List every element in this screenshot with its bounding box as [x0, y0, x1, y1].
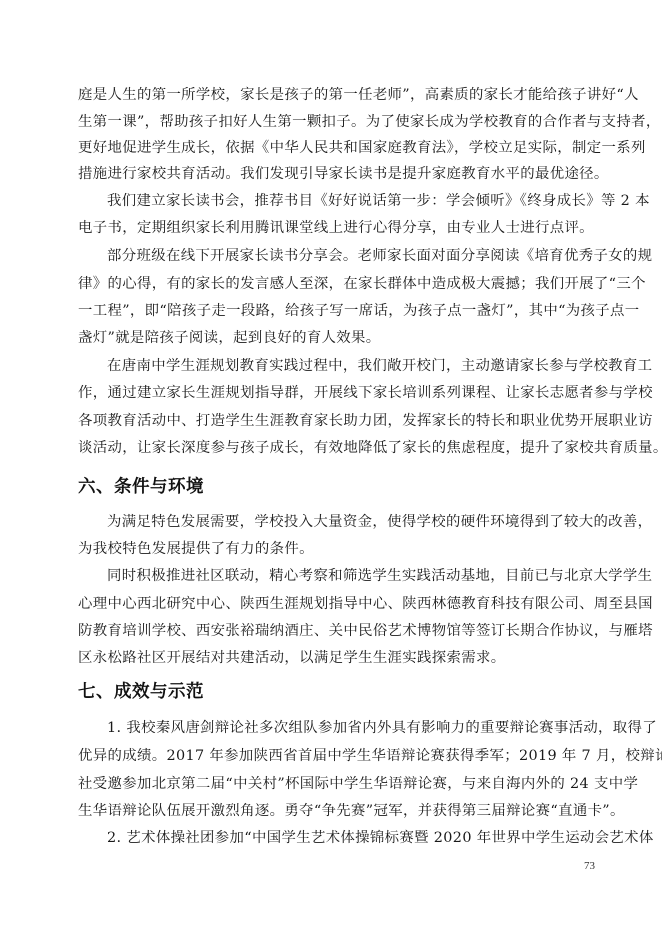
text-line: 2. 艺术体操社团参加“中国学生艺术体操锦标赛暨 2020 年世界中学生运动会艺… [107, 828, 602, 848]
text-line: 各项教育活动中、打造学生生涯教育家长助力团，发挥家长的特长和职业优势开展职业访 [78, 411, 602, 431]
text-line: 电子书，定期组织家长利用腾讯课堂线上进行心得分享，由专业人士进行点评。 [78, 218, 602, 238]
text-line: 作，通过建立家长生涯规划指导群，开展线下家长培训系列课程、让家长志愿者参与学校 [78, 383, 602, 403]
text-line: 措施进行家校共育活动。我们发现引导家长读书是提升家庭教育水平的最优途径。 [78, 164, 602, 184]
document-page: 庭是人生的第一所学校，家长是孩子的第一任老师”，高素质的家长才能给孩子讲好“人 … [0, 0, 662, 936]
page-number: 73 [584, 860, 595, 872]
text-line: 社受邀参加北京第二届“中关村”杯国际中学生华语辩论赛，与来自海内外的 24 支中… [78, 774, 602, 794]
text-line: 在唐南中学生涯规划教育实践过程中，我们敞开校门，主动邀请家长参与学校教育工 [107, 356, 602, 376]
text-line: 心理中心西北研究中心、陕西生涯规划指导中心、陕西林德教育科技有限公司、周至县国 [78, 594, 602, 614]
text-line: 生第一课”，帮助孩子扣好人生第一颗扣子。为了使家长成为学校教育的合作者与支持者， [78, 112, 602, 132]
section-heading-conditions: 六、条件与环境 [78, 475, 204, 499]
text-line: 优异的成绩。2017 年参加陕西省首届中学生华语辩论赛获得季军；2019 年 7… [78, 746, 602, 766]
text-line: 我们建立家长读书会，推荐书目《好好说话第一步：学会倾听》《终身成长》等 2 本 [107, 191, 602, 211]
text-line: 为满足特色发展需要，学校投入大量资金，使得学校的硬件环境得到了较大的改善， [107, 512, 602, 532]
text-line: 律》的心得，有的家长的发言感人至深，在家长群体中造成极大震撼；我们开展了“三个 [78, 274, 602, 294]
text-line: 防教育培训学校、西安张裕瑞纳酒庄、关中民俗艺术博物馆等签订长期合作协议，与雁塔 [78, 621, 602, 641]
text-line: 谈活动，让家长深度参与孩子成长，有效地降低了家长的焦虑程度，提升了家校共育质量。 [78, 438, 602, 458]
section-heading-results: 七、成效与示范 [78, 680, 204, 704]
text-line: 部分班级在线下开展家长读书分享会。老师家长面对面分享阅读《培育优秀子女的规 [107, 246, 602, 266]
text-line: 1. 我校秦风唐剑辩论社多次组队参加省内外具有影响力的重要辩论赛事活动，取得了 [107, 718, 602, 738]
text-line: 生华语辩论队伍展开激烈角逐。勇夺“争先赛”冠军，并获得第三届辩论赛“直通卡”。 [78, 801, 602, 821]
text-line: 庭是人生的第一所学校，家长是孩子的第一任老师”，高素质的家长才能给孩子讲好“人 [78, 85, 602, 105]
text-line: 为我校特色发展提供了有力的条件。 [78, 539, 602, 559]
text-line: 同时积极推进社区联动，精心考察和筛选学生实践活动基地，目前已与北京大学学生 [107, 566, 602, 586]
text-line: 区永松路社区开展结对共建活动，以满足学生生涯实践探索需求。 [78, 648, 602, 668]
text-line: 盏灯”就是陪孩子阅读，起到良好的育人效果。 [78, 328, 602, 348]
text-line: 一工程”，即“陪孩子走一段路，给孩子写一席话，为孩子点一盏灯”，其中“为孩子点一 [78, 301, 602, 321]
text-line: 更好地促进学生成长，依据《中华人民共和国家庭教育法》，学校立足实际，制定一系列 [78, 138, 602, 158]
